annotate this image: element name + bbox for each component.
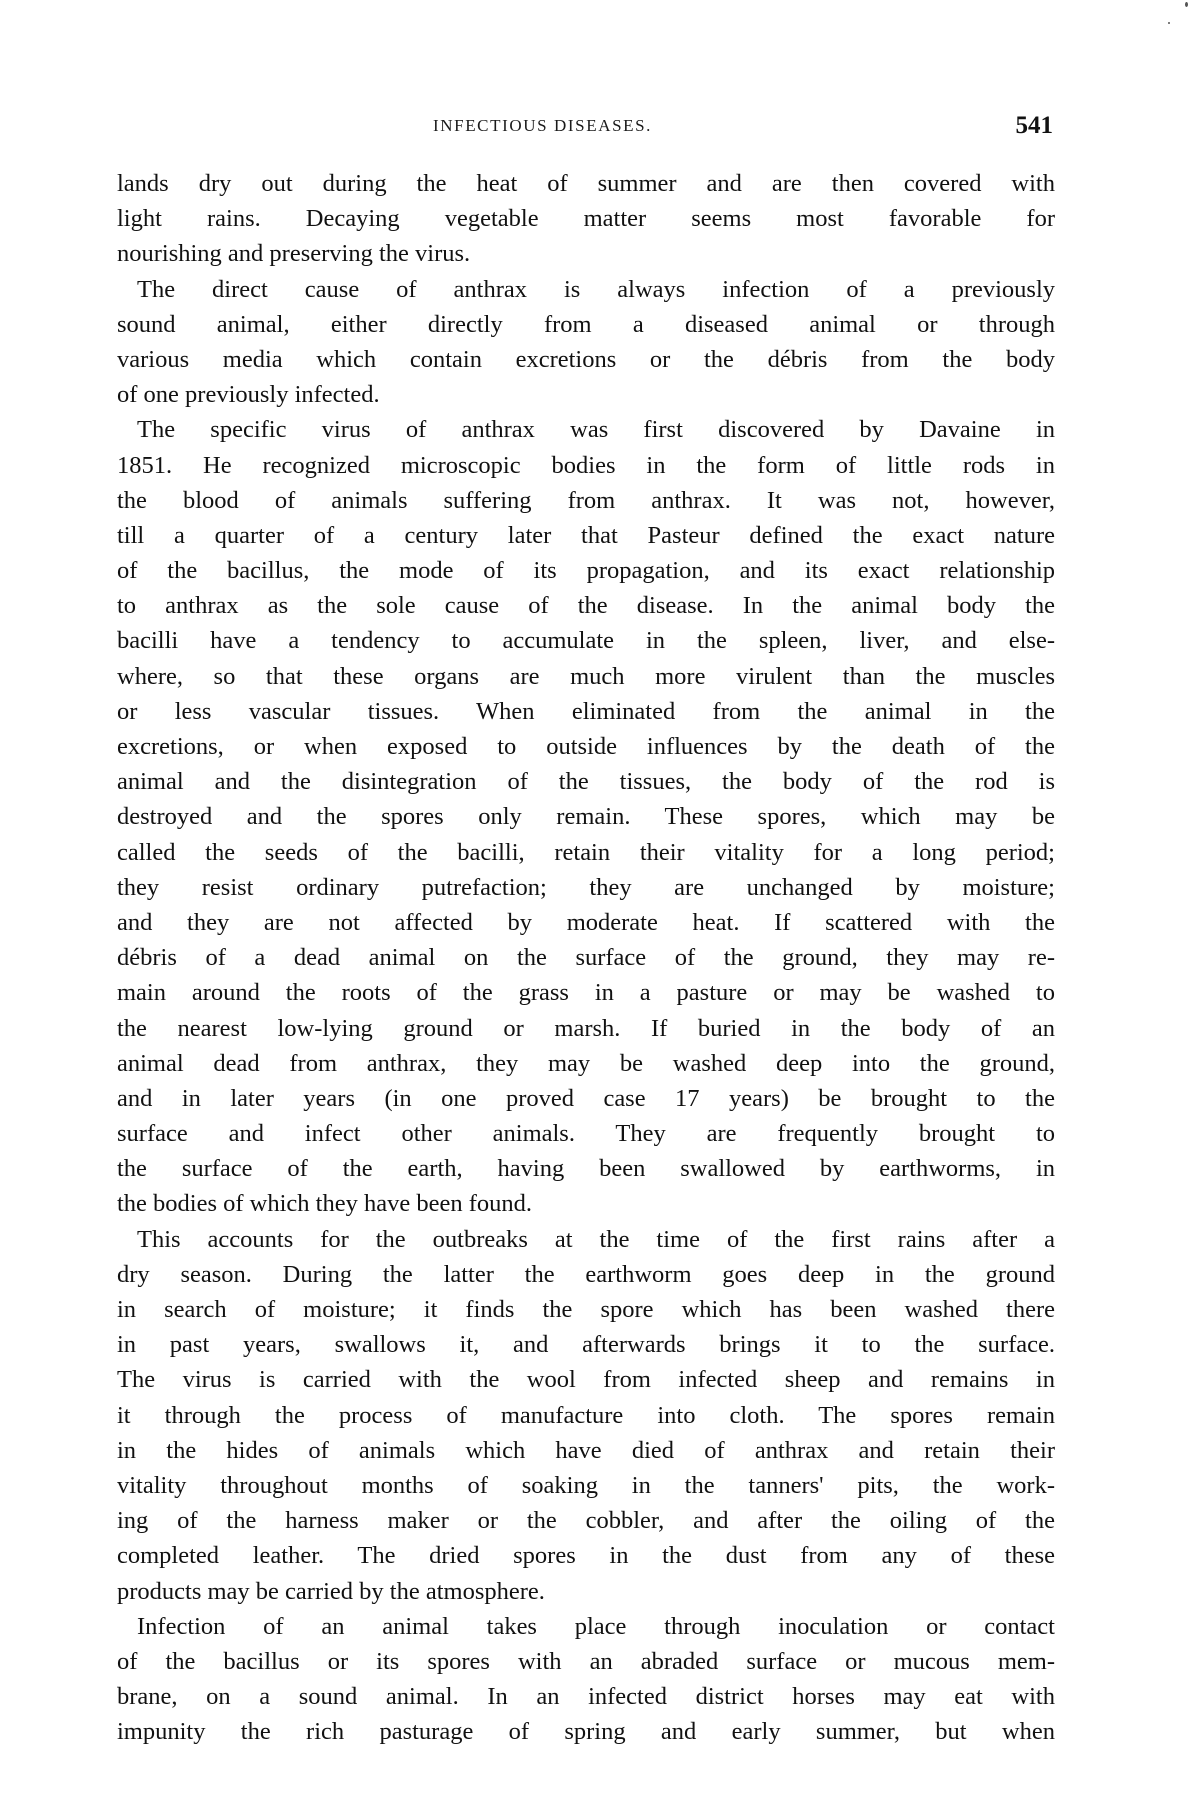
text-line: of one previously infected. xyxy=(117,377,1055,412)
text-line: and in later years (in one proved case 1… xyxy=(117,1081,1055,1116)
text-line: the nearest low-lying ground or marsh. I… xyxy=(117,1011,1055,1046)
text-line: débris of a dead animal on the surface o… xyxy=(117,940,1055,975)
text-line: products may be carried by the atmospher… xyxy=(117,1574,1055,1609)
text-line: of the bacillus, the mode of its propaga… xyxy=(117,553,1055,588)
text-line: The direct cause of anthrax is always in… xyxy=(117,272,1055,307)
scan-speck xyxy=(1168,22,1170,24)
text-line: lands dry out during the heat of summer … xyxy=(117,166,1055,201)
page-number: 541 xyxy=(1016,112,1054,140)
text-line: light rains. Decaying vegetable matter s… xyxy=(117,201,1055,236)
text-line: impunity the rich pasturage of spring an… xyxy=(117,1714,1055,1749)
text-line: or less vascular tissues. When eliminate… xyxy=(117,694,1055,729)
text-line: various media which contain excretions o… xyxy=(117,342,1055,377)
text-line: completed leather. The dried spores in t… xyxy=(117,1538,1055,1573)
text-line: sound animal, either directly from a dis… xyxy=(117,307,1055,342)
text-line: animal and the disintegration of the tis… xyxy=(117,764,1055,799)
text-line: The specific virus of anthrax was first … xyxy=(117,412,1055,447)
text-line: it through the process of manufacture in… xyxy=(117,1398,1055,1433)
text-line: dry season. During the latter the earthw… xyxy=(117,1257,1055,1292)
running-title: INFECTIOUS DISEASES. xyxy=(433,116,652,136)
text-line: main around the roots of the grass in a … xyxy=(117,975,1055,1010)
text-line: excretions, or when exposed to outside i… xyxy=(117,729,1055,764)
text-line: bacilli have a tendency to accumulate in… xyxy=(117,623,1055,658)
running-head: INFECTIOUS DISEASES. 541 xyxy=(117,112,1055,142)
text-line: in the hides of animals which have died … xyxy=(117,1433,1055,1468)
text-line: surface and infect other animals. They a… xyxy=(117,1116,1055,1151)
text-line: the surface of the earth, having been sw… xyxy=(117,1151,1055,1186)
body-text: lands dry out during the heat of summer … xyxy=(117,166,1055,1749)
text-line: and they are not affected by moderate he… xyxy=(117,905,1055,940)
text-line: vitality throughout months of soaking in… xyxy=(117,1468,1055,1503)
text-line: called the seeds of the bacilli, retain … xyxy=(117,835,1055,870)
text-line: where, so that these organs are much mor… xyxy=(117,659,1055,694)
book-page: INFECTIOUS DISEASES. 541 lands dry out d… xyxy=(0,0,1200,1806)
text-line: ing of the harness maker or the cobbler,… xyxy=(117,1503,1055,1538)
text-line: in past years, swallows it, and afterwar… xyxy=(117,1327,1055,1362)
text-line: 1851. He recognized microscopic bodies i… xyxy=(117,448,1055,483)
text-line: brane, on a sound animal. In an infected… xyxy=(117,1679,1055,1714)
text-line: Infection of an animal takes place throu… xyxy=(117,1609,1055,1644)
text-line: the blood of animals suffering from anth… xyxy=(117,483,1055,518)
text-line: This accounts for the outbreaks at the t… xyxy=(117,1222,1055,1257)
text-line: animal dead from anthrax, they may be wa… xyxy=(117,1046,1055,1081)
text-line: in search of moisture; it finds the spor… xyxy=(117,1292,1055,1327)
text-line: the bodies of which they have been found… xyxy=(117,1186,1055,1221)
text-line: they resist ordinary putrefaction; they … xyxy=(117,870,1055,905)
text-line: to anthrax as the sole cause of the dise… xyxy=(117,588,1055,623)
text-line: destroyed and the spores only remain. Th… xyxy=(117,799,1055,834)
text-line: nourishing and preserving the virus. xyxy=(117,236,1055,271)
text-line: of the bacillus or its spores with an ab… xyxy=(117,1644,1055,1679)
text-line: The virus is carried with the wool from … xyxy=(117,1362,1055,1397)
scan-speck xyxy=(1185,2,1188,7)
text-line: till a quarter of a century later that P… xyxy=(117,518,1055,553)
